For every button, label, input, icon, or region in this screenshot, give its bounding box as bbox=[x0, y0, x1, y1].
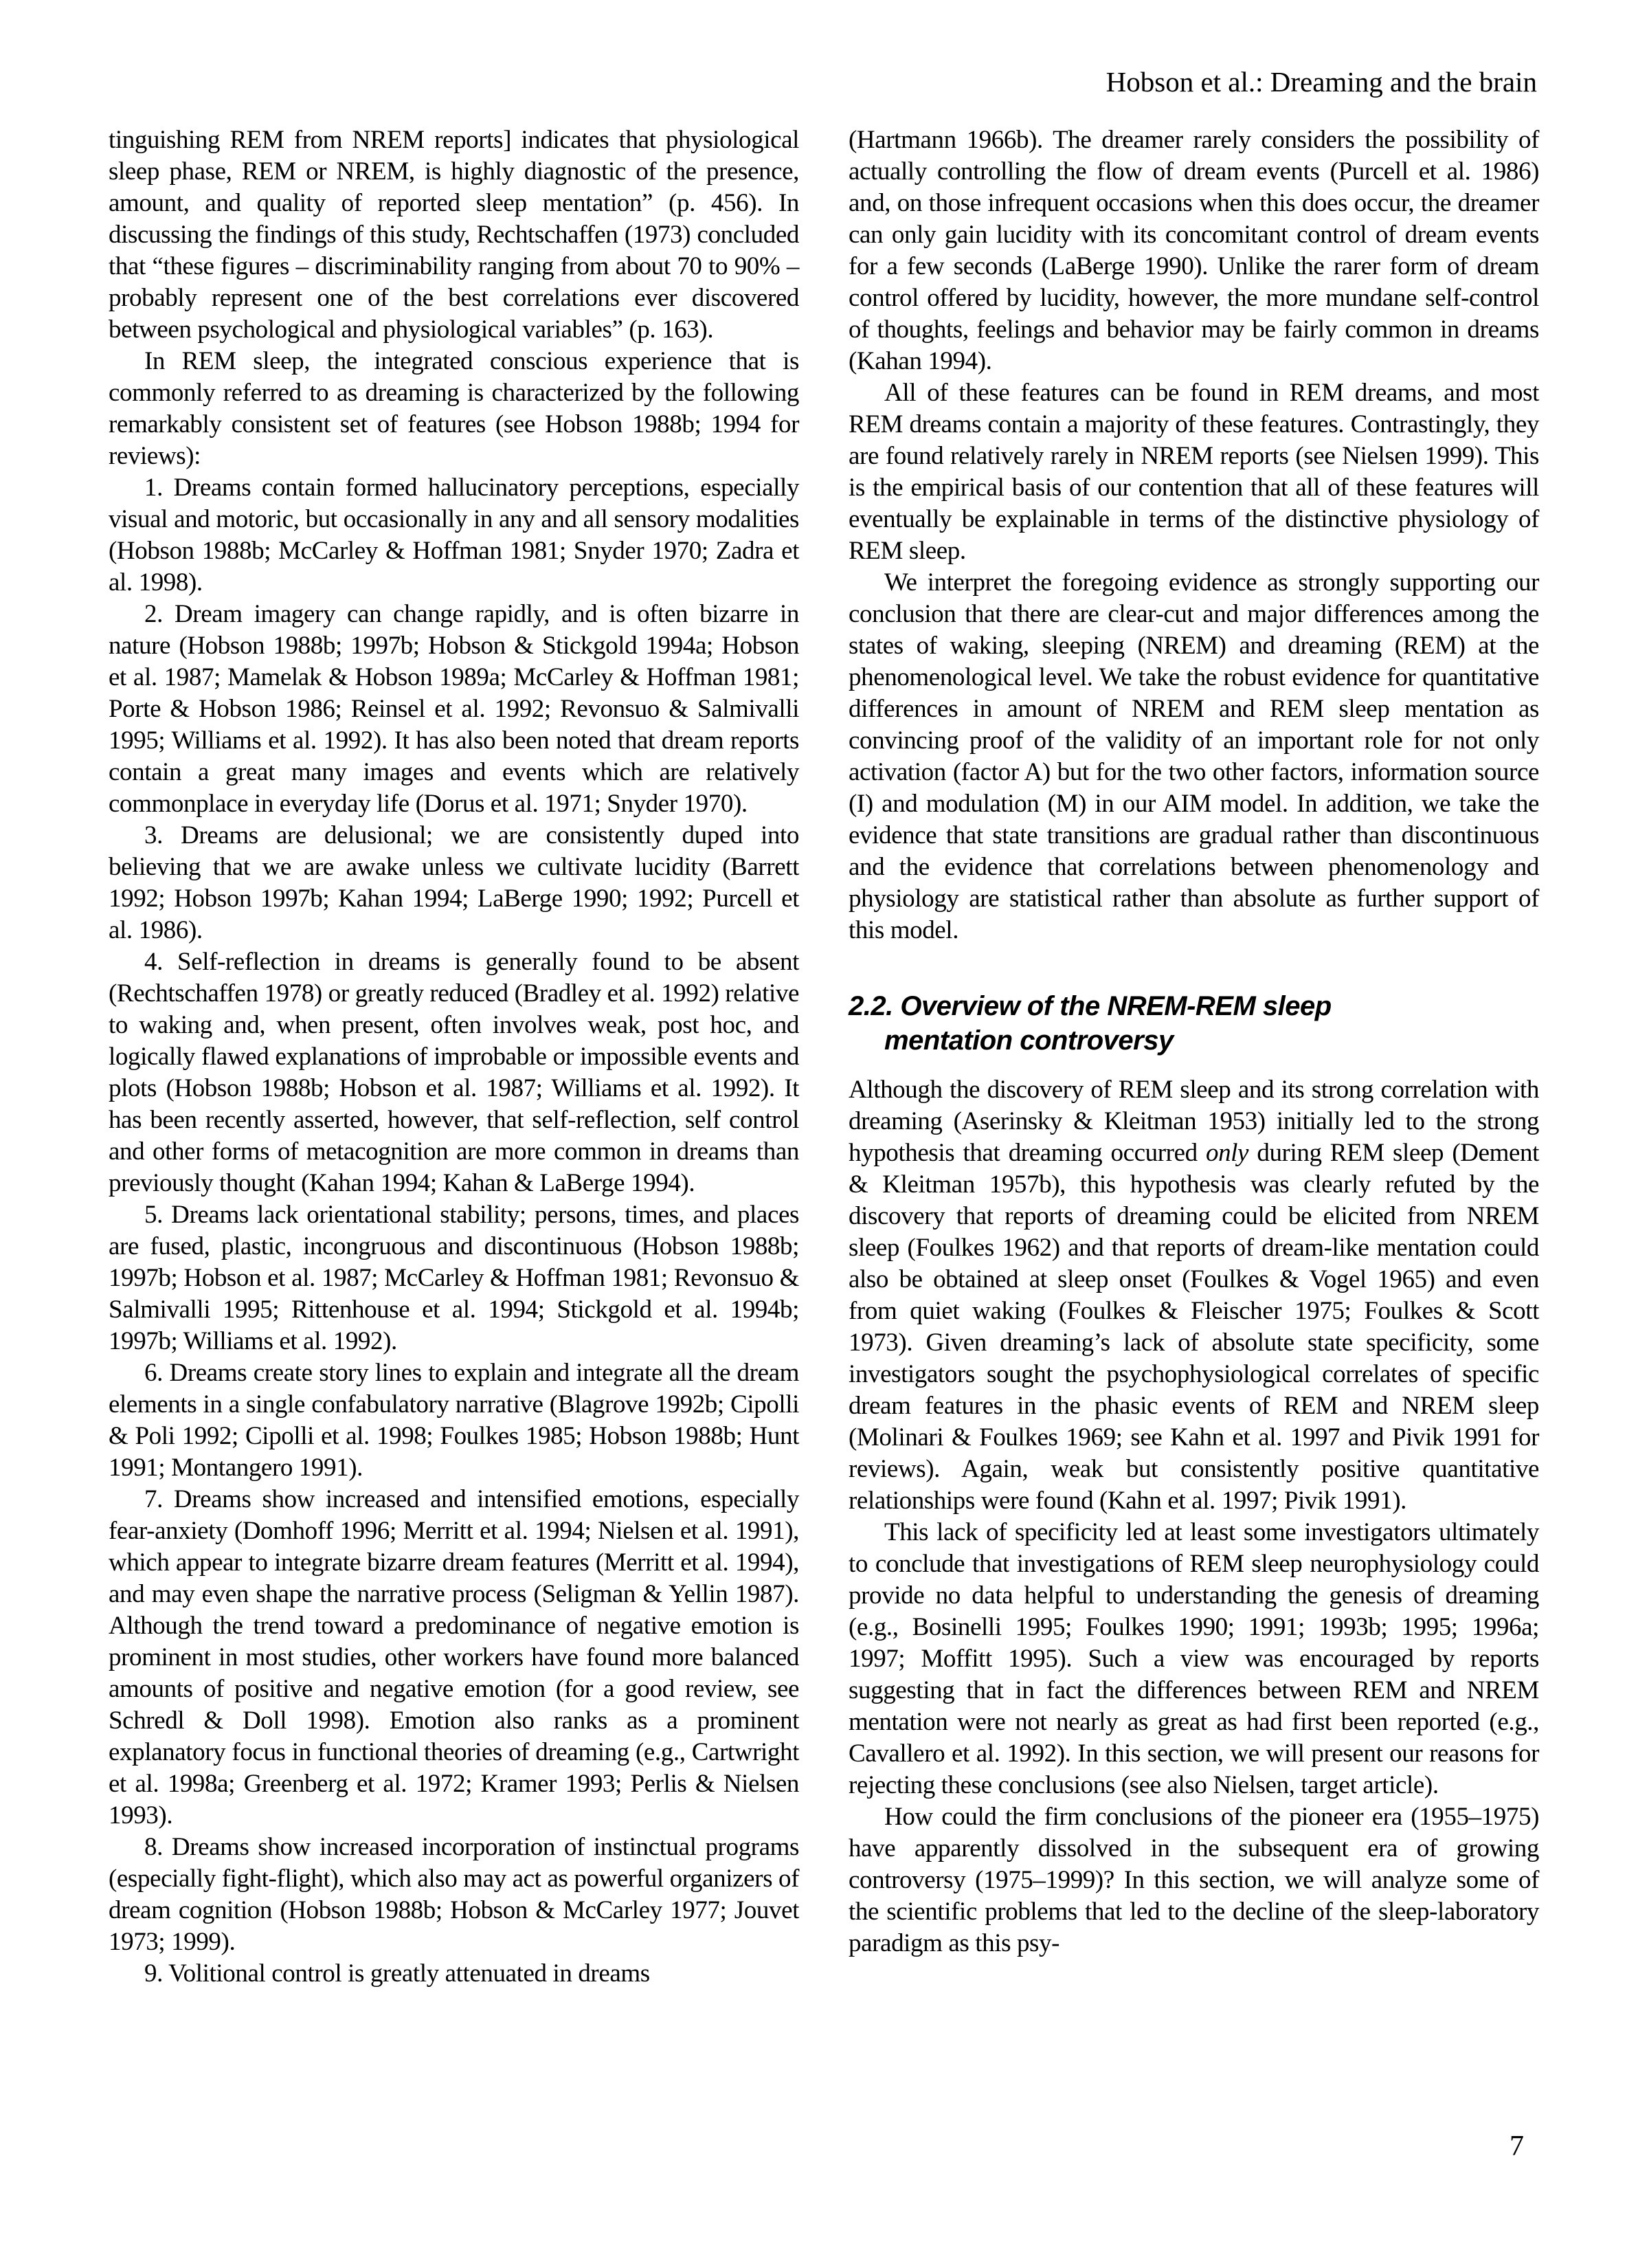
paragraph-continuation: tinguishing REM from NREM reports] indic… bbox=[109, 124, 799, 346]
list-item-7: 7. Dreams show increased and intensified… bbox=[109, 1484, 799, 1832]
section-heading-line1: 2.2. Overview of the NREM-REM sleep bbox=[849, 991, 1332, 1021]
list-item-1: 1. Dreams contain formed hallucinatory p… bbox=[109, 472, 799, 599]
list-item-4: 4. Self-reflection in dreams is generall… bbox=[109, 946, 799, 1199]
list-item-6: 6. Dreams create story lines to explain … bbox=[109, 1357, 799, 1484]
right-column: (Hartmann 1966b). The dreamer rarely con… bbox=[849, 124, 1539, 1990]
list-item-9: 9. Volitional control is greatly attenua… bbox=[109, 1958, 799, 1990]
page-number: 7 bbox=[1510, 2131, 1524, 2162]
paragraph-continuation: (Hartmann 1966b). The dreamer rarely con… bbox=[849, 124, 1539, 377]
section-heading-line2: mentation controversy bbox=[849, 1023, 1539, 1058]
paragraph: How could the firm conclusions of the pi… bbox=[849, 1801, 1539, 1959]
paragraph-text: during REM sleep (Dement & Kleitman 1957… bbox=[849, 1139, 1539, 1515]
italic-word: only bbox=[1206, 1139, 1248, 1167]
running-head: Hobson et al.: Dreaming and the brain bbox=[1106, 66, 1537, 98]
two-column-body: tinguishing REM from NREM reports] indic… bbox=[109, 124, 1539, 1990]
paragraph: In REM sleep, the integrated conscious e… bbox=[109, 346, 799, 472]
list-item-3: 3. Dreams are delusional; we are consist… bbox=[109, 820, 799, 946]
paragraph: Although the discovery of REM sleep and … bbox=[849, 1074, 1539, 1517]
list-item-2: 2. Dream imagery can change rapidly, and… bbox=[109, 599, 799, 820]
paragraph: All of these features can be found in RE… bbox=[849, 377, 1539, 567]
list-item-5: 5. Dreams lack orientational stability; … bbox=[109, 1199, 799, 1357]
paragraph: We interpret the foregoing evidence as s… bbox=[849, 567, 1539, 946]
section-heading-2-2: 2.2. Overview of the NREM-REM sleep ment… bbox=[849, 989, 1539, 1058]
left-column: tinguishing REM from NREM reports] indic… bbox=[109, 124, 799, 1990]
paragraph: This lack of specificity led at least so… bbox=[849, 1517, 1539, 1801]
list-item-8: 8. Dreams show increased incorporation o… bbox=[109, 1832, 799, 1958]
